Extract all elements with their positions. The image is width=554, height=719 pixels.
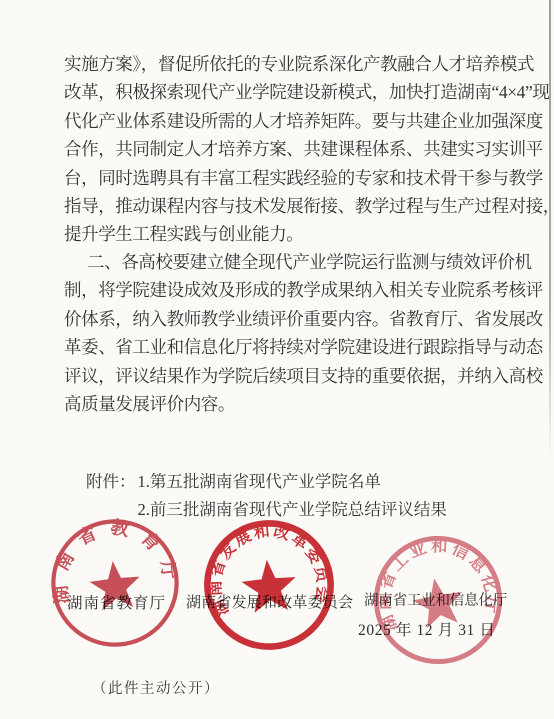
seal-star-icon: [409, 574, 467, 630]
body-line: 提升学生工程实践与创业能力。: [64, 220, 554, 248]
body-line: 台，同时选聘具有丰富工程实践经验的专家和技术骨干参与教学: [64, 164, 554, 192]
scan-edge-line: [549, 0, 551, 460]
body-paragraph-2: 二、各高校要建立健全现代产业学院运行监测与绩效评价机 制，将学院建设成效及形成的…: [64, 248, 543, 418]
official-seal-industry-it-dept: 湖南省工业和信息化厅: [362, 524, 515, 677]
body-line: 改革，积极探索现代产业学院建设新模式，加快打造湖南“4×4”现: [64, 78, 554, 106]
body-line: 代化产业体系建设所需的人才培养矩阵。要与共建企业加强深度: [64, 107, 554, 135]
body-line: 实施方案》，督促所依托的专业院系深化产教融合人才培养模式: [64, 50, 554, 78]
body-line: 指导，推动课程内容与技术发展衔接、教学过程与生产过程对接，: [64, 192, 554, 220]
seal-star-icon: [240, 557, 299, 613]
body-line: 制，将学院建设成效及形成的教学成果纳入相关专业院系考核评: [64, 276, 543, 304]
body-line: 合作，共同制定人才培养方案、共建课程体系、共建实习实训平: [64, 135, 554, 163]
publicity-note: （此件主动公开）: [92, 677, 220, 698]
body-paragraph-1: 实施方案》，督促所依托的专业院系深化产教融合人才培养模式 改革，积极探索现代产业…: [64, 50, 554, 249]
body-line: 评议，评议结果作为学院后续项目支持的重要依据，并纳入高校: [64, 362, 543, 390]
body-line: 二、各高校要建立健全现代产业学院运行监测与绩效评价机: [64, 248, 543, 276]
body-line: 高质量发展评价内容。: [64, 390, 543, 418]
official-seal-education-dept: 湖南省教育厅: [42, 510, 187, 655]
official-seal-development-reform-commission: 湖南省发展和改革委员会: [197, 513, 340, 656]
scanned-official-document: 实施方案》，督促所依托的专业院系深化产教融合人才培养模式 改革，积极探索现代产业…: [0, 0, 554, 719]
body-line: 革委、省工业和信息化厅将持续对学院建设进行跟踪指导与动态: [64, 333, 543, 361]
seal-star-icon: [88, 558, 143, 611]
attachment-item: 1.第五批湖南省现代产业学院名单: [138, 468, 447, 496]
body-line: 价体系，纳入教师教学业绩评价重要内容。省教育厅、省发展改: [64, 305, 543, 333]
